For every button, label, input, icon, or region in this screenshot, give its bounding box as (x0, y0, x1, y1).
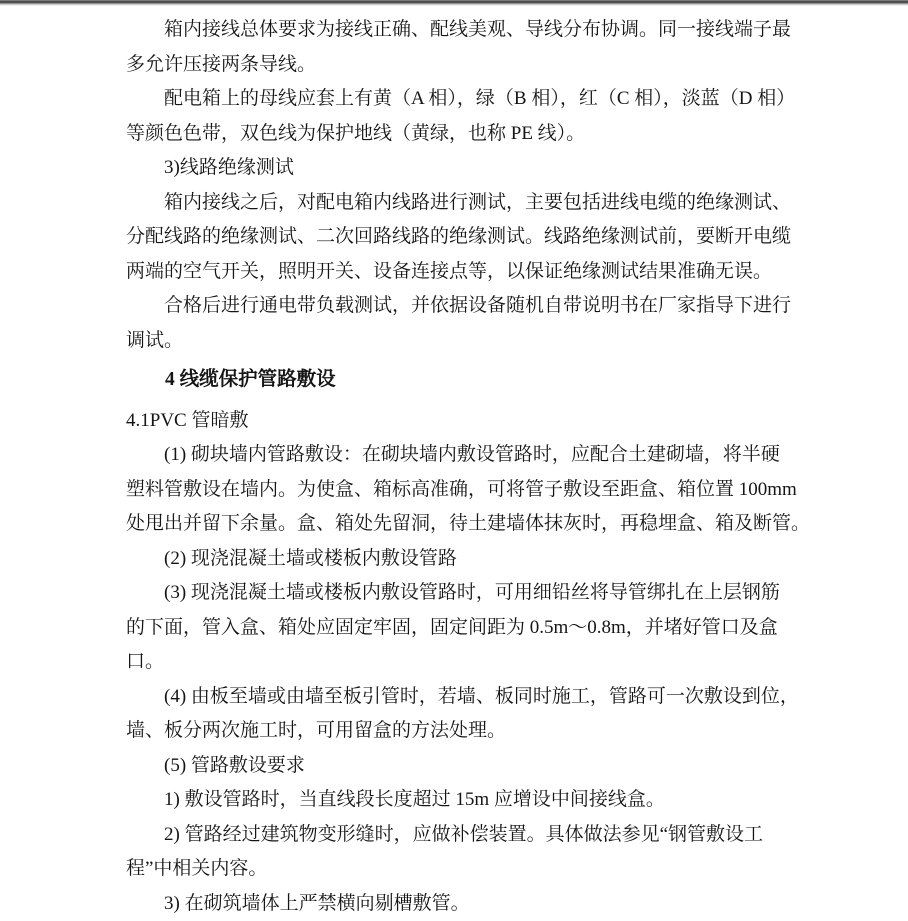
text-line: (2) 现浇混凝土墙或楼板内敷设管路 (126, 542, 786, 577)
text-line: 口。 (126, 645, 786, 680)
text-line: 2) 管路经过建筑物变形缝时，应做补偿装置。具体做法参见“钢管敷设工 (126, 818, 786, 853)
text-line: 多允许压接两条导线。 (126, 48, 786, 83)
text-line: (5) 管路敷设要求 (126, 749, 786, 784)
text-line: 等颜色色带，双色线为保护地线（黄绿，也称 PE 线）。 (126, 117, 786, 152)
text-line: 配电箱上的母线应套上有黄（A 相），绿（B 相），红（C 相），淡蓝（D 相） (126, 82, 786, 117)
text-line: 分配线路的绝缘测试、二次回路线路的绝缘测试。线路绝缘测试前，要断开电缆 (126, 220, 786, 255)
text-line: 墙、板分两次施工时，可用留盒的方法处理。 (126, 714, 786, 749)
document-page: 箱内接线总体要求为接线正确、配线美观、导线分布协调。同一接线端子最多允许压接两条… (0, 0, 908, 921)
window-top-edge (0, 0, 908, 6)
text-line: 处甩出并留下余量。盒、箱处先留洞，待土建墙体抹灰时，再稳埋盒、箱及断管。 (126, 507, 786, 542)
text-line: 箱内接线之后，对配电箱内线路进行测试，主要包括进线电缆的绝缘测试、 (126, 186, 786, 221)
text-line: 1) 敷设管路时，当直线段长度超过 15m 应增设中间接线盒。 (126, 783, 786, 818)
text-line: 的下面，管入盒、箱处应固定牢固，固定间距为 0.5m～0.8m，并堵好管口及盒 (126, 611, 786, 646)
text-line: 4.1PVC 管暗敷 (126, 404, 786, 439)
text-line: 3)线路绝缘测试 (126, 151, 786, 186)
text-line: 塑料管敷设在墙内。为使盒、箱标高准确，可将管子敷设至距盒、箱位置 100mm (126, 473, 786, 508)
text-line: 两端的空气开关，照明开关、设备连接点等，以保证绝缘测试结果准确无误。 (126, 255, 786, 290)
text-line: 3) 在砌筑墙体上严禁横向剔槽敷管。 (126, 887, 786, 921)
document-body: 箱内接线总体要求为接线正确、配线美观、导线分布协调。同一接线端子最多允许压接两条… (126, 13, 786, 921)
text-line: (1) 砌块墙内管路敷设：在砌块墙内敷设管路时，应配合土建砌墙，将半硬 (126, 438, 786, 473)
text-line: 调试。 (126, 324, 786, 359)
text-line: 程”中相关内容。 (126, 852, 786, 887)
text-line: (3) 现浇混凝土墙或楼板内敷设管路时，可用细铅丝将导管绑扎在上层钢筋 (126, 576, 786, 611)
text-line: 合格后进行通电带负载测试，并依据设备随机自带说明书在厂家指导下进行 (126, 289, 786, 324)
text-line: (4) 由板至墙或由墙至板引管时，若墙、板同时施工，管路可一次敷设到位， (126, 680, 786, 715)
text-line: 箱内接线总体要求为接线正确、配线美观、导线分布协调。同一接线端子最 (126, 13, 786, 48)
section-heading: 4 线缆保护管路敷设 (126, 363, 786, 398)
